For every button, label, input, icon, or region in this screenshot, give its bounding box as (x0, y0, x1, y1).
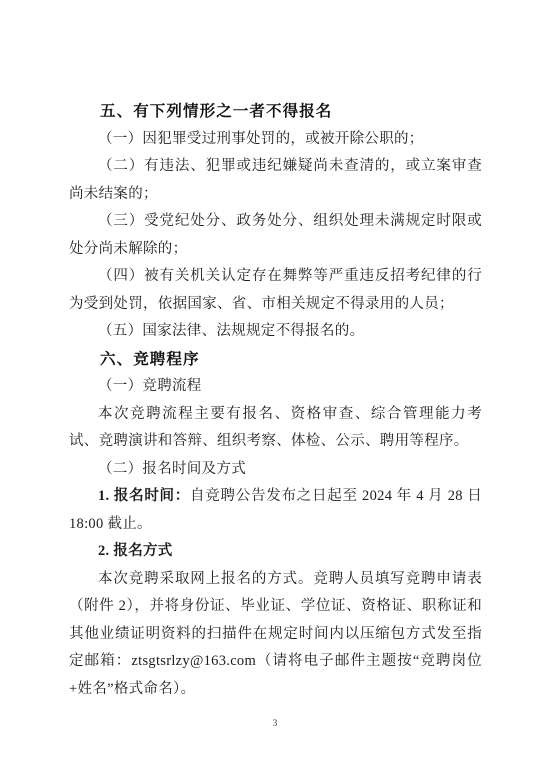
section-heading-5: 五、有下列情形之一者不得报名 (69, 98, 482, 126)
page-number: 3 (273, 719, 278, 729)
clause-item-4: （四）被有关机关认定存在舞弊等严重违反招考纪律的行为受到处罚，依据国家、省、市相… (69, 263, 482, 318)
page-footer: 3 (0, 719, 550, 729)
clause-item-5: （五）国家法律、法规规定不得报名的。 (69, 318, 482, 346)
clause-item-1: （一）因犯罪受过刑事处罚的，或被开除公职的； (69, 126, 482, 154)
clause-item-2: （二）有违法、犯罪或违纪嫌疑尚未查清的，或立案审查尚未结案的； (69, 153, 482, 208)
subsection-heading-process: （一）竞聘流程 (69, 373, 482, 401)
clause-item-3: （三）受党纪处分、政务处分、组织处理未满规定时限或处分尚未解除的； (69, 208, 482, 263)
paragraph-registration-method: 本次竞聘采取网上报名的方式。竞聘人员填写竞聘申请表（附件 2），并将身份证、毕业… (69, 566, 482, 704)
paragraph-registration-time: 1. 报名时间：自竞聘公告发布之日起至 2024 年 4 月 28 日 18:0… (69, 483, 482, 538)
paragraph-process-description: 本次竞聘流程主要有报名、资格审查、综合管理能力考试、竞聘演讲和答辩、组织考察、体… (69, 401, 482, 456)
document-page: 五、有下列情形之一者不得报名 （一）因犯罪受过刑事处罚的，或被开除公职的； （二… (0, 0, 550, 777)
registration-method-label: 2. 报名方式 (98, 543, 173, 559)
paragraph-registration-method-heading: 2. 报名方式 (69, 538, 482, 566)
section-heading-6: 六、竞聘程序 (69, 346, 482, 374)
registration-time-label: 1. 报名时间： (98, 488, 190, 504)
document-body: 五、有下列情形之一者不得报名 （一）因犯罪受过刑事处罚的，或被开除公职的； （二… (69, 98, 482, 703)
subsection-heading-time-method: （二）报名时间及方式 (69, 456, 482, 484)
